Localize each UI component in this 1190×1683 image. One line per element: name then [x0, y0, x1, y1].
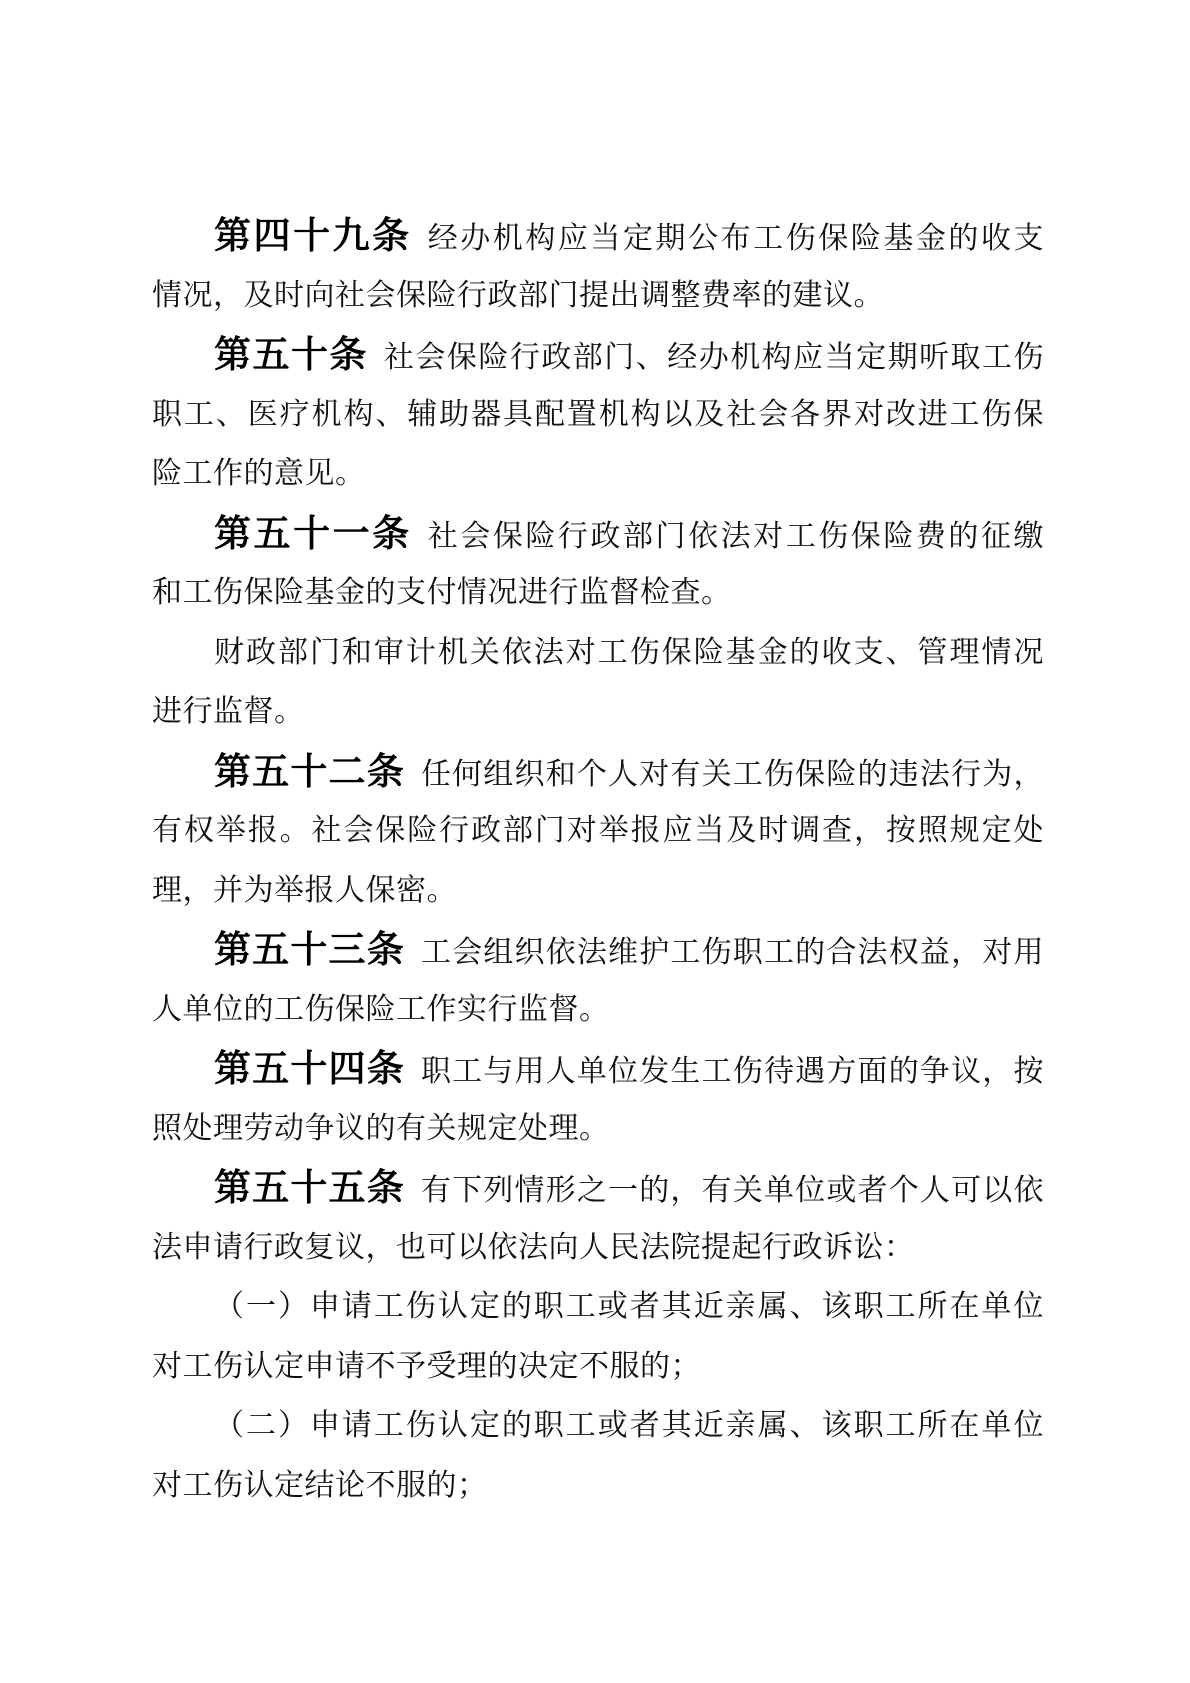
text-line: 第四十九条经办机构应当定期公布工伤保险基金的收支	[152, 206, 1044, 266]
text-line: 职工、医疗机构、辅助器具配置机构以及社会各界对改进工伤保	[152, 385, 1044, 445]
line-text: 职工、医疗机构、辅助器具配置机构以及社会各界对改进工伤保	[152, 398, 1044, 431]
article-number: 第五十三条	[214, 929, 405, 970]
line-text: 人单位的工伤保险工作实行监督。	[152, 993, 610, 1026]
text-line: 进行监督。	[152, 682, 1044, 742]
text-line: 险工作的意见。	[152, 444, 1044, 504]
text-line: 和工伤保险基金的支付情况进行监督检查。	[152, 563, 1044, 623]
text-line: 照处理劳动争议的有关规定处理。	[152, 1099, 1044, 1159]
text-line: 第五十三条工会组织依法维护工伤职工的合法权益，对用	[152, 920, 1044, 980]
text-line: （一）申请工伤认定的职工或者其近亲属、该职工所在单位	[152, 1277, 1044, 1337]
text-line: 法申请行政复议，也可以依法向人民法院提起行政诉讼：	[152, 1218, 1044, 1278]
article-number: 第五十五条	[214, 1167, 405, 1208]
article-number: 第五十一条	[214, 513, 412, 554]
line-text: 情况，及时向社会保险行政部门提出调整费率的建议。	[152, 279, 884, 312]
line-text: 社会保险行政部门依法对工伤保险费的征缴	[428, 520, 1044, 553]
line-text: 进行监督。	[152, 695, 305, 728]
text-line: 第五十一条社会保险行政部门依法对工伤保险费的征缴	[152, 504, 1044, 564]
line-text: （二）申请工伤认定的职工或者其近亲属、该职工所在单位	[214, 1409, 1044, 1442]
text-line: 第五十五条有下列情形之一的，有关单位或者个人可以依	[152, 1158, 1044, 1218]
line-text: 有下列情形之一的，有关单位或者个人可以依	[421, 1174, 1044, 1207]
line-text: （一）申请工伤认定的职工或者其近亲属、该职工所在单位	[214, 1290, 1044, 1323]
line-text: 社会保险行政部门、经办机构应当定期听取工伤	[384, 341, 1044, 374]
text-line: 第五十条社会保险行政部门、经办机构应当定期听取工伤	[152, 325, 1044, 385]
line-text: 任何组织和个人对有关工伤保险的违法行为，	[421, 758, 1044, 791]
text-line: 财政部门和审计机关依法对工伤保险基金的收支、管理情况	[152, 623, 1044, 683]
article-number: 第五十四条	[214, 1048, 405, 1089]
text-line: 有权举报。社会保险行政部门对举报应当及时调查，按照规定处	[152, 801, 1044, 861]
article-text-block: 第四十九条经办机构应当定期公布工伤保险基金的收支 情况，及时向社会保险行政部门提…	[152, 206, 1044, 1515]
line-text: 法申请行政复议，也可以依法向人民法院提起行政诉讼：	[152, 1231, 915, 1264]
text-line: 对工伤认定结论不服的；	[152, 1456, 1044, 1516]
article-number: 第四十九条	[214, 215, 412, 256]
line-text: 和工伤保险基金的支付情况进行监督检查。	[152, 576, 732, 609]
text-line: 人单位的工伤保险工作实行监督。	[152, 980, 1044, 1040]
line-text: 照处理劳动争议的有关规定处理。	[152, 1112, 610, 1145]
line-text: 险工作的意见。	[152, 457, 366, 490]
text-line: （二）申请工伤认定的职工或者其近亲属、该职工所在单位	[152, 1396, 1044, 1456]
text-line: 对工伤认定申请不予受理的决定不服的；	[152, 1337, 1044, 1397]
line-text: 财政部门和审计机关依法对工伤保险基金的收支、管理情况	[214, 636, 1044, 669]
line-text: 对工伤认定申请不予受理的决定不服的；	[152, 1350, 701, 1383]
line-text: 有权举报。社会保险行政部门对举报应当及时调查，按照规定处	[152, 814, 1044, 847]
article-number: 第五十条	[214, 334, 368, 375]
line-text: 对工伤认定结论不服的；	[152, 1469, 488, 1502]
text-line: 第五十四条职工与用人单位发生工伤待遇方面的争议，按	[152, 1039, 1044, 1099]
document-page: 第四十九条经办机构应当定期公布工伤保险基金的收支 情况，及时向社会保险行政部门提…	[0, 0, 1190, 1683]
line-text: 理，并为举报人保密。	[152, 874, 457, 907]
text-line: 情况，及时向社会保险行政部门提出调整费率的建议。	[152, 266, 1044, 326]
line-text: 职工与用人单位发生工伤待遇方面的争议，按	[421, 1055, 1044, 1088]
text-line: 第五十二条任何组织和个人对有关工伤保险的违法行为，	[152, 742, 1044, 802]
article-number: 第五十二条	[214, 751, 405, 792]
text-line: 理，并为举报人保密。	[152, 861, 1044, 921]
line-text: 工会组织依法维护工伤职工的合法权益，对用	[421, 936, 1044, 969]
line-text: 经办机构应当定期公布工伤保险基金的收支	[428, 222, 1044, 255]
